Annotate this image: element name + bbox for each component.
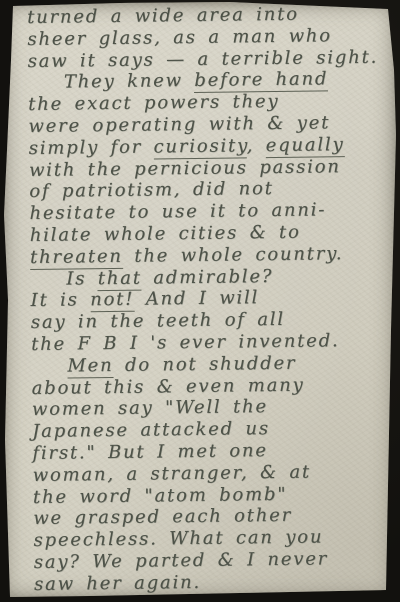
- text-segment: about this & even many: [32, 374, 305, 398]
- text-segment: say? We parted & I never: [34, 548, 329, 573]
- scanned-page: turned a wide area intosheer glass, as a…: [0, 0, 400, 602]
- text-segment: say in the teeth of all: [31, 309, 285, 333]
- text-segment: the word "atom bomb": [33, 483, 288, 507]
- text-segment: the F B I 's ever invented.: [31, 330, 340, 355]
- text-segment: with the pernicious passion: [29, 156, 341, 181]
- text-segment: hilate whole cities & to: [30, 222, 301, 246]
- text-segment: And I will: [134, 288, 259, 311]
- text-segment: were operating with & yet: [28, 112, 330, 137]
- underlined-text: equally: [266, 134, 345, 158]
- handwritten-line: saw her again.: [34, 569, 399, 595]
- text-segment: speechless. What can you: [33, 527, 323, 552]
- text-segment: Japanese attacked us: [32, 418, 270, 442]
- underlined-text: threaten: [30, 246, 123, 270]
- underlined-text: curiosity: [153, 135, 246, 159]
- text-segment: do not shudder: [113, 352, 296, 375]
- text-segment: sheer glass, as a man who: [27, 25, 332, 50]
- text-segment: woman, a stranger, & at: [33, 461, 312, 485]
- underlined-text: that: [98, 267, 142, 291]
- handwritten-text: turned a wide area intosheer glass, as a…: [27, 3, 399, 596]
- underlined-text: Men: [67, 355, 113, 379]
- text-segment: ,: [247, 135, 266, 156]
- text-segment: first." But I met one: [32, 440, 268, 464]
- text-segment: the whole country.: [123, 243, 344, 267]
- text-segment: hesitate to use it to anni-: [29, 200, 326, 225]
- text-segment: saw her again.: [34, 572, 201, 595]
- text-segment: They knew: [64, 70, 195, 93]
- paper-sheet: turned a wide area intosheer glass, as a…: [0, 0, 400, 602]
- underlined-text: not!: [90, 289, 134, 313]
- text-segment: the exact powers they: [28, 91, 279, 115]
- text-segment: admirable?: [142, 266, 274, 289]
- text-segment: It is: [30, 290, 90, 312]
- text-segment: we grasped each other: [33, 505, 292, 529]
- underlined-text: before hand: [194, 69, 328, 94]
- text-segment: simply for: [29, 136, 154, 159]
- text-segment: of patriotism, did not: [29, 178, 274, 202]
- text-segment: women say "Well the: [32, 396, 268, 420]
- text-segment: turned a wide area into: [27, 4, 299, 28]
- text-segment: Is: [66, 268, 98, 289]
